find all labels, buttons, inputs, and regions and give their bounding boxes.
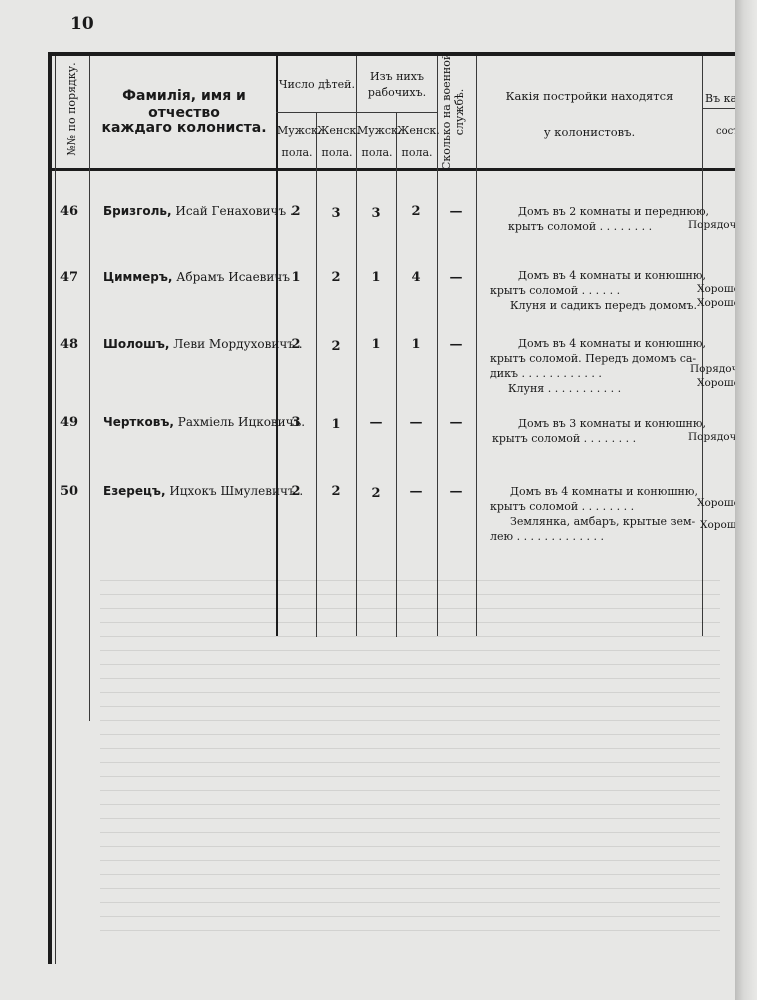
- workers-female: 1: [401, 337, 431, 352]
- subheader-rule: [702, 108, 737, 109]
- header-buildings-line1: Какія постройки находятся: [477, 90, 702, 104]
- condition-text: Хорошее: [697, 377, 737, 389]
- subheader-rule: [276, 112, 437, 113]
- header-name-line1: Фамилія, имя и отчество: [92, 88, 276, 122]
- children-male: 1: [281, 270, 311, 285]
- table-top-rule: [48, 52, 757, 56]
- military-service: —: [441, 337, 471, 352]
- workers-male: —: [361, 415, 391, 430]
- header-workers-male: Мужск.: [357, 124, 397, 137]
- table-left-border: [48, 52, 52, 964]
- condition-text: Хорошее: [697, 283, 737, 295]
- row-number: 50: [54, 484, 84, 499]
- buildings-text: Домъ въ 4 комнаты и конюшню, крытъ солом…: [490, 268, 706, 313]
- colonist-name: Езерецъ, Ицхокъ Шмулевичъ .: [103, 484, 303, 498]
- buildings-text: Домъ въ 3 комнаты и конюшню, крытъ солом…: [492, 416, 706, 446]
- header-sex-label: пола.: [277, 146, 317, 159]
- condition-text: Хорошее: [700, 519, 737, 531]
- header-workers-line1: Изъ нихъ: [357, 70, 437, 83]
- header-sex-label: пола.: [317, 146, 357, 159]
- children-female: 2: [321, 484, 351, 499]
- colonist-name: Чертковъ, Рахміель Ицковичъ.: [103, 415, 305, 429]
- buildings-text: Домъ въ 2 комнаты и переднюю, крытъ соло…: [508, 204, 709, 234]
- row-number: 49: [54, 415, 84, 430]
- condition-text: Порядочное: [688, 431, 737, 443]
- header-sex-label: пола.: [397, 146, 437, 159]
- condition-text: Хорошее: [697, 497, 737, 509]
- colonist-name: Шолошъ, Леви Мордуховичъ .: [103, 337, 303, 351]
- condition-text: Порядочное: [690, 363, 737, 375]
- bleed-through-texture: [100, 580, 720, 940]
- column-divider: [396, 112, 397, 637]
- header-row-number: №№ по порядку.: [66, 57, 80, 161]
- workers-female: —: [401, 484, 431, 499]
- column-divider: [316, 112, 317, 637]
- military-service: —: [441, 415, 471, 430]
- colonist-name: Бризголь, Исай Генаховичъ .: [103, 204, 294, 218]
- children-male: 2: [281, 204, 311, 219]
- workers-male: 1: [361, 270, 391, 285]
- header-name-line2: каждаго колониста.: [92, 120, 276, 137]
- page-fold-shadow: [735, 0, 757, 1000]
- children-female: 1: [321, 417, 351, 432]
- header-bottom-rule: [48, 168, 757, 171]
- column-divider: [476, 56, 477, 636]
- header-children-female: Женск.: [317, 124, 357, 137]
- colonist-name: Циммеръ, Абрамъ Исаевичъ .: [103, 270, 298, 284]
- header-workers-female: Женск.: [397, 124, 437, 137]
- workers-male: 3: [361, 206, 391, 221]
- table-left-inner-border: [55, 56, 56, 964]
- condition-text: Хорошее: [697, 297, 737, 309]
- row-number: 48: [54, 337, 84, 352]
- row-number: 47: [54, 270, 84, 285]
- children-female: 2: [321, 339, 351, 354]
- header-workers-line2: рабочихъ.: [357, 86, 437, 99]
- workers-male: 2: [361, 486, 391, 501]
- children-male: 2: [281, 337, 311, 352]
- children-male: 2: [281, 484, 311, 499]
- page-number: 10: [70, 14, 94, 34]
- children-male: 3: [281, 415, 311, 430]
- condition-text: Порядочное: [688, 219, 737, 231]
- header-buildings-line2: у колонистовъ.: [477, 126, 702, 140]
- buildings-text: Домъ въ 4 комнаты и конюшню, крытъ солом…: [490, 336, 706, 396]
- children-female: 3: [321, 206, 351, 221]
- row-number: 46: [54, 204, 84, 219]
- workers-female: —: [401, 415, 431, 430]
- header-military: Сколько на военной службѣ.: [441, 54, 471, 170]
- military-service: —: [441, 204, 471, 219]
- column-divider: [356, 56, 357, 636]
- workers-female: 4: [401, 270, 431, 285]
- workers-female: 2: [401, 204, 431, 219]
- buildings-text: Домъ въ 4 комнаты и конюшню, крытъ солом…: [490, 484, 698, 544]
- column-divider: [437, 56, 438, 636]
- military-service: —: [441, 270, 471, 285]
- column-divider: [89, 171, 90, 721]
- workers-male: 1: [361, 337, 391, 352]
- header-children-male: Мужск.: [277, 124, 317, 137]
- header-children: Число дѣтей.: [277, 78, 357, 91]
- children-female: 2: [321, 270, 351, 285]
- header-sex-label: пола.: [357, 146, 397, 159]
- military-service: —: [441, 484, 471, 499]
